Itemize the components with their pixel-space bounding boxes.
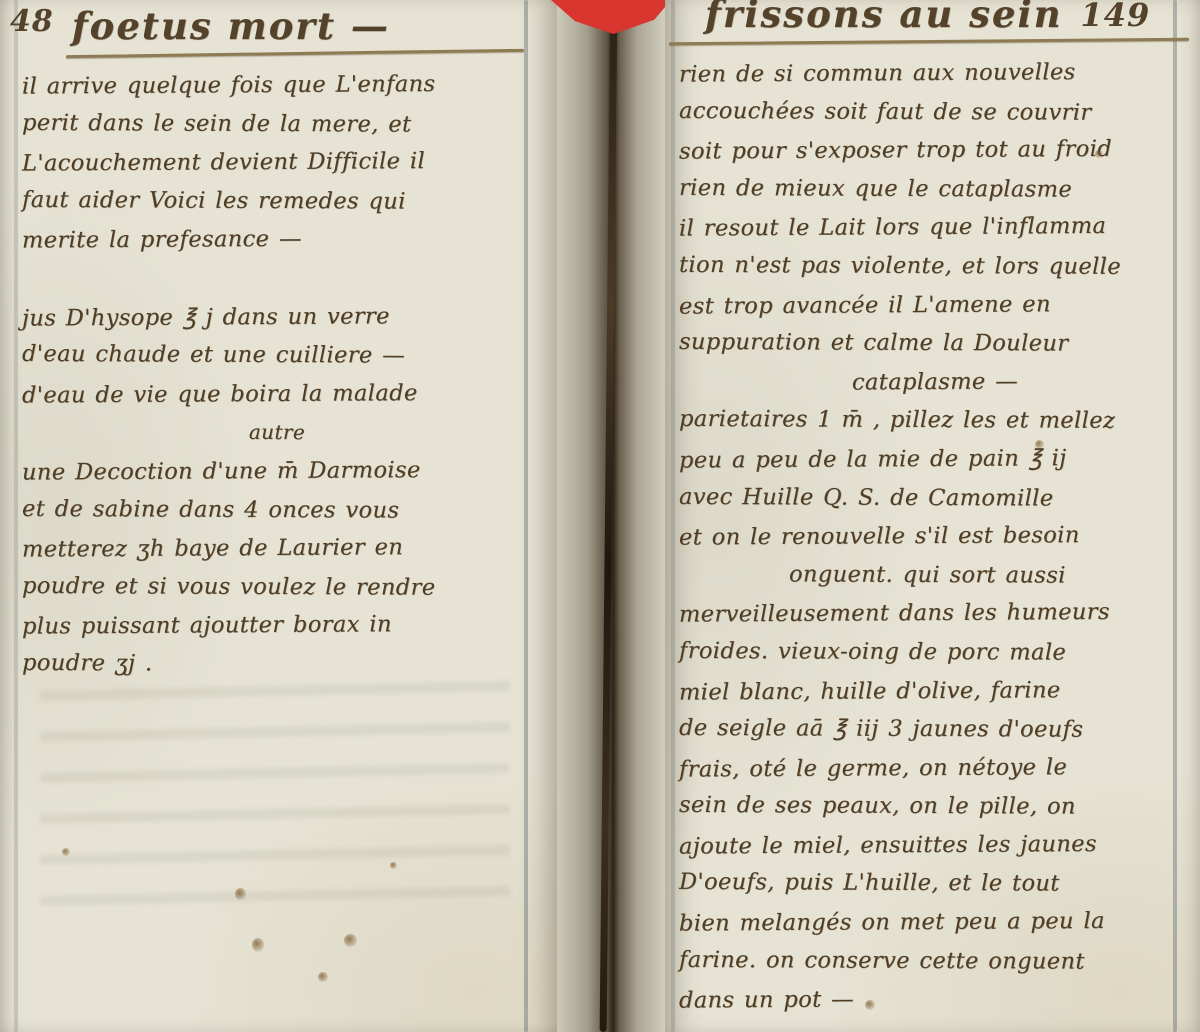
manuscript-photo: 48 foetus mort — il arrive quelque fois … <box>0 0 1200 1032</box>
right-page-header: frissons au sein 149 <box>705 0 1150 36</box>
right-page-title: frissons au sein <box>705 0 1063 36</box>
left-title-underline <box>66 49 524 58</box>
right-page-text: rien de si commun aux nouvellesaccouchée… <box>679 54 1191 1019</box>
fox-spot <box>390 862 397 869</box>
left-page-text: il arrive quelque fois que L'enfansperit… <box>22 66 532 684</box>
fox-spot <box>252 938 264 952</box>
manuscript-line: suppuration et calme la Douleur <box>679 323 1191 364</box>
margin-rule-left <box>671 0 675 1032</box>
left-page-header: 48 foetus mort — <box>10 4 390 48</box>
book-gutter <box>557 0 665 1032</box>
manuscript-line <box>22 258 532 299</box>
fox-spot <box>1095 150 1103 158</box>
manuscript-line: une Decoction d'une m̄ Darmoise <box>22 450 532 492</box>
left-page-number: 48 <box>10 4 54 39</box>
manuscript-line: merveilleusement dans les humeurs <box>679 593 1191 635</box>
fox-spot <box>1035 440 1044 449</box>
fox-spot <box>865 1000 875 1010</box>
left-page: 48 foetus mort — il arrive quelque fois … <box>0 0 557 1032</box>
manuscript-line: accouchées soit faut de se couvrir <box>679 91 1191 132</box>
manuscript-line: et de sabine dans 4 onces vous <box>22 489 532 530</box>
manuscript-line: rien de si commun aux nouvelles <box>679 52 1191 94</box>
manuscript-line: de seigle aā ℥ iij 3 jaunes d'oeufs <box>679 709 1191 750</box>
manuscript-line: soit pour s'exposer trop tot au froid <box>679 130 1191 172</box>
manuscript-line: farine. on conserve cette onguent <box>679 941 1191 982</box>
right-page: frissons au sein 149 rien de si commun a… <box>665 0 1200 1032</box>
right-title-underline <box>669 38 1189 46</box>
manuscript-line: d'eau chaude et une cuilliere — <box>22 335 532 376</box>
binding-crack <box>600 0 618 1032</box>
manuscript-line: peu a peu de la mie de pain ℥ ij <box>679 438 1191 480</box>
manuscript-line: avec Huille Q. S. de Camomille <box>679 477 1191 518</box>
manuscript-line: frais, oté le germe, on nétoye le <box>679 747 1191 789</box>
manuscript-line: il resout le Lait lors que l'inflamma <box>679 207 1191 249</box>
manuscript-line: est trop avancée il L'amene en <box>679 284 1191 326</box>
manuscript-line: L'acouchement devient Difficile il <box>22 142 532 184</box>
manuscript-line: faut aider Voici les remedes qui <box>22 181 532 222</box>
fox-spot <box>62 848 70 856</box>
manuscript-line: jus D'hysope ℥ j dans un verre <box>22 296 532 338</box>
manuscript-line: froides. vieux-oing de porc male <box>679 632 1191 673</box>
right-page-number: 149 <box>1081 0 1151 34</box>
manuscript-line: merite la prefesance — <box>22 219 532 261</box>
manuscript-line: et on le renouvelle s'il est besoin <box>679 516 1191 558</box>
manuscript-line: perit dans le sein de la mere, et <box>22 103 532 144</box>
manuscript-line: poudre et si vous voulez le rendre <box>22 567 532 608</box>
manuscript-line: autre <box>22 412 532 453</box>
manuscript-line: tion n'est pas violente, et lors quelle <box>679 246 1191 287</box>
manuscript-line: il arrive quelque fois que L'enfans <box>22 64 532 106</box>
manuscript-line: parietaires 1 m̄ , pillez les et mellez <box>679 400 1191 441</box>
manuscript-line: rien de mieux que le cataplasme <box>679 169 1191 210</box>
manuscript-line: bien melangés on met peu a peu la <box>679 901 1191 943</box>
manuscript-line: metterez ʒh baye de Laurier en <box>22 528 532 570</box>
manuscript-line: ajoute le miel, ensuittes les jaunes <box>679 824 1191 866</box>
manuscript-line: plus puissant ajoutter borax in <box>22 605 532 647</box>
manuscript-line: miel blanc, huille d'olive, farine <box>679 670 1191 712</box>
margin-rule-left <box>14 0 18 1032</box>
manuscript-line: D'oeufs, puis L'huille, et le tout <box>679 863 1191 904</box>
fox-spot <box>318 972 328 982</box>
manuscript-line: sein de ses peaux, on le pille, on <box>679 786 1191 827</box>
ink-showthrough <box>40 660 510 910</box>
manuscript-line: onguent. qui sort aussi <box>679 555 1191 596</box>
left-page-title: foetus mort — <box>72 4 390 48</box>
manuscript-line: d'eau de vie que boira la malade <box>22 373 532 415</box>
red-cover-edge <box>551 0 671 34</box>
manuscript-line: dans un pot — <box>679 979 1191 1021</box>
manuscript-line: cataplasme — <box>679 361 1191 403</box>
fox-spot <box>235 888 246 900</box>
fox-spot <box>344 934 357 947</box>
